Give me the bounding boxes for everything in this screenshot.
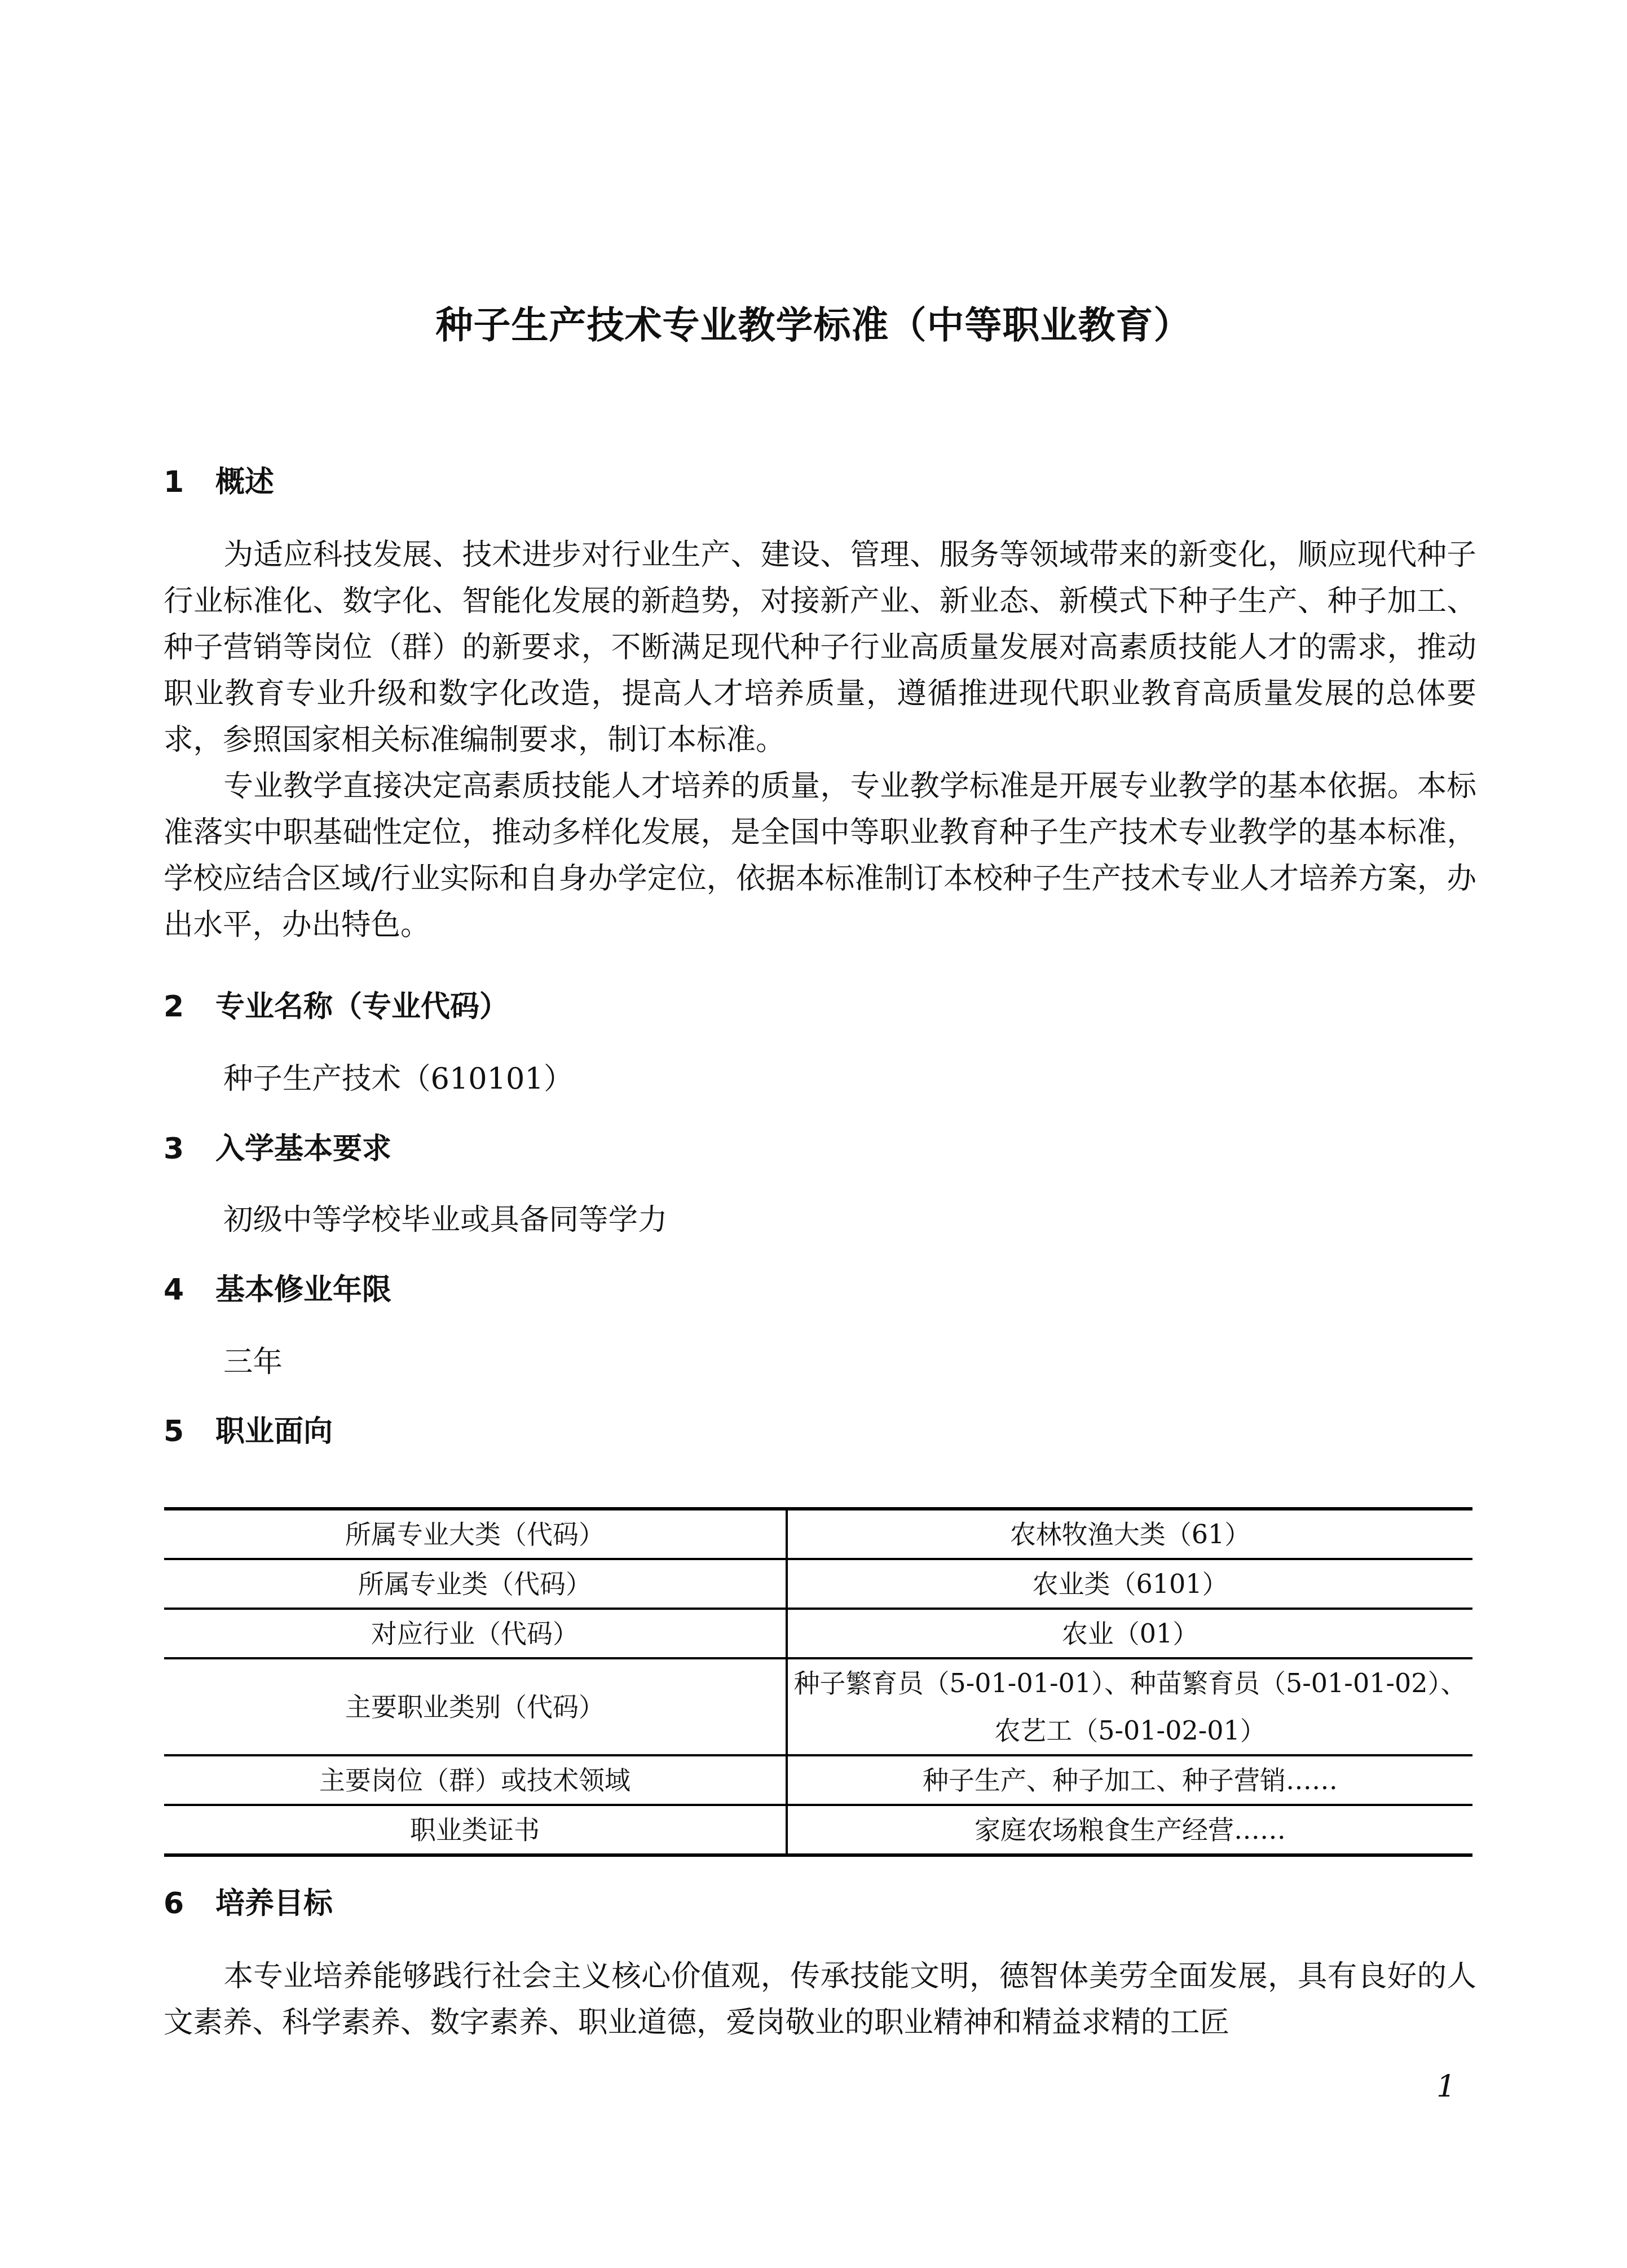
section-heading-3: 3入学基本要求: [164, 1129, 391, 1169]
section-number: 3: [164, 1129, 215, 1169]
table-key: 主要岗位（群）或技术领域: [164, 1755, 787, 1805]
table-value: 种子繁育员（5-01-01-01）、种苗繁育员（5-01-01-02）、 农艺工…: [787, 1658, 1472, 1755]
table-row: 所属专业类（代码） 农业类（6101）: [164, 1559, 1472, 1609]
paragraph-overview-1: 为适应科技发展、技术进步对行业生产、建设、管理、服务等领域带来的新变化，顺应现代…: [164, 532, 1476, 763]
section-number: 4: [164, 1270, 215, 1310]
study-duration: 三年: [223, 1342, 283, 1382]
section-heading-4: 4基本修业年限: [164, 1270, 391, 1310]
section-number: 6: [164, 1884, 215, 1923]
table-row: 职业类证书 家庭农场粮食生产经营……: [164, 1805, 1472, 1855]
table-row: 所属专业大类（代码） 农林牧渔大类（61）: [164, 1509, 1472, 1559]
table-key: 主要职业类别（代码）: [164, 1658, 787, 1755]
career-orientation-table: 所属专业大类（代码） 农林牧渔大类（61） 所属专业类（代码） 农业类（6101…: [164, 1507, 1472, 1857]
table-key: 对应行业（代码）: [164, 1609, 787, 1658]
section-number: 5: [164, 1412, 215, 1451]
table-value: 农林牧渔大类（61）: [787, 1509, 1472, 1559]
section-number: 1: [164, 463, 215, 502]
table-value: 农业类（6101）: [787, 1559, 1472, 1609]
section-number: 2: [164, 987, 215, 1027]
page-number: 1: [1436, 2070, 1456, 2104]
table-row: 主要职业类别（代码） 种子繁育员（5-01-01-01）、种苗繁育员（5-01-…: [164, 1658, 1472, 1755]
table-key: 职业类证书: [164, 1805, 787, 1855]
admission-requirement: 初级中等学校毕业或具备同等学力: [223, 1200, 668, 1240]
paragraph-overview-2: 专业教学直接决定高素质技能人才培养的质量，专业教学标准是开展专业教学的基本依据。…: [164, 763, 1476, 948]
section-title: 培养目标: [215, 1887, 333, 1921]
table-row: 对应行业（代码） 农业（01）: [164, 1609, 1472, 1658]
table-key: 所属专业大类（代码）: [164, 1509, 787, 1559]
section-heading-6: 6培养目标: [164, 1884, 333, 1923]
section-title: 入学基本要求: [215, 1132, 391, 1166]
section-title: 概述: [215, 465, 274, 499]
section-heading-2: 2专业名称（专业代码）: [164, 987, 509, 1027]
section-title: 专业名称（专业代码）: [215, 990, 509, 1024]
table-key: 所属专业类（代码）: [164, 1559, 787, 1609]
section-heading-1: 1概述: [164, 463, 274, 502]
major-name-code: 种子生产技术（610101）: [223, 1059, 573, 1099]
table-row: 主要岗位（群）或技术领域 种子生产、种子加工、种子营销……: [164, 1755, 1472, 1805]
table-value: 家庭农场粮食生产经营……: [787, 1805, 1472, 1855]
paragraph-objective: 本专业培养能够践行社会主义核心价值观，传承技能文明，德智体美劳全面发展，具有良好…: [164, 1953, 1476, 2046]
section-heading-5: 5职业面向: [164, 1412, 333, 1451]
table-value: 农业（01）: [787, 1609, 1472, 1658]
table-value: 种子生产、种子加工、种子营销……: [787, 1755, 1472, 1805]
document-title: 种子生产技术专业教学标准（中等职业教育）: [0, 300, 1627, 351]
section-title: 职业面向: [215, 1415, 333, 1448]
section-title: 基本修业年限: [215, 1273, 391, 1307]
